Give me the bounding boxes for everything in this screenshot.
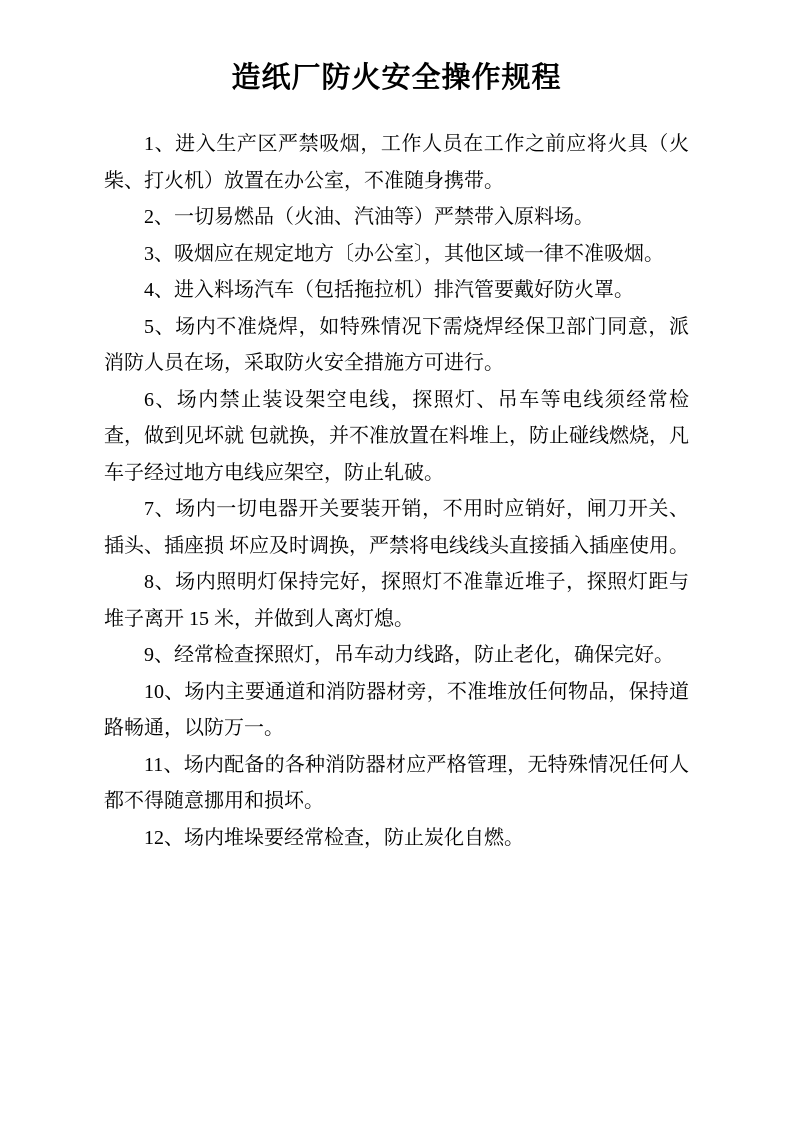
- rule-item-4: 4、进入料场汽车（包括拖拉机）排汽管要戴好防火罩。: [104, 272, 689, 309]
- rule-item-8: 8、场内照明灯保持完好，探照灯不准靠近堆子，探照灯距与堆子离开 15 米，并做到…: [104, 564, 689, 637]
- rule-item-3: 3、吸烟应在规定地方〔办公室〕，其他区域一律不准吸烟。: [104, 236, 689, 273]
- page-title: 造纸厂防火安全操作规程: [104, 60, 689, 96]
- rule-item-10: 10、场内主要通道和消防器材旁，不准堆放任何物品，保持道路畅通，以防万一。: [104, 674, 689, 747]
- rule-item-5: 5、场内不准烧焊，如特殊情况下需烧焊经保卫部门同意，派消防人员在场，采取防火安全…: [104, 309, 689, 382]
- document-page: 造纸厂防火安全操作规程 1、进入生产区严禁吸烟，工作人员在工作之前应将火具（火柴…: [0, 0, 793, 1122]
- document-body: 1、进入生产区严禁吸烟，工作人员在工作之前应将火具（火柴、打火机）放置在办公室，…: [104, 126, 689, 856]
- rule-item-1: 1、进入生产区严禁吸烟，工作人员在工作之前应将火具（火柴、打火机）放置在办公室，…: [104, 126, 689, 199]
- rule-item-9: 9、经常检查探照灯，吊车动力线路，防止老化，确保完好。: [104, 637, 689, 674]
- rule-item-11: 11、场内配备的各种消防器材应严格管理，无特殊情况任何人都不得随意挪用和损坏。: [104, 747, 689, 820]
- rule-item-12: 12、场内堆垛要经常检查，防止炭化自燃。: [104, 820, 689, 857]
- rule-item-7: 7、场内一切电器开关要装开销，不用时应销好，闸刀开关、插头、插座损 坏应及时调换…: [104, 491, 689, 564]
- rule-item-2: 2、一切易燃品（火油、汽油等）严禁带入原料场。: [104, 199, 689, 236]
- rule-item-6: 6、场内禁止装设架空电线，探照灯、吊车等电线须经常检查，做到见坏就 包就换，并不…: [104, 382, 689, 492]
